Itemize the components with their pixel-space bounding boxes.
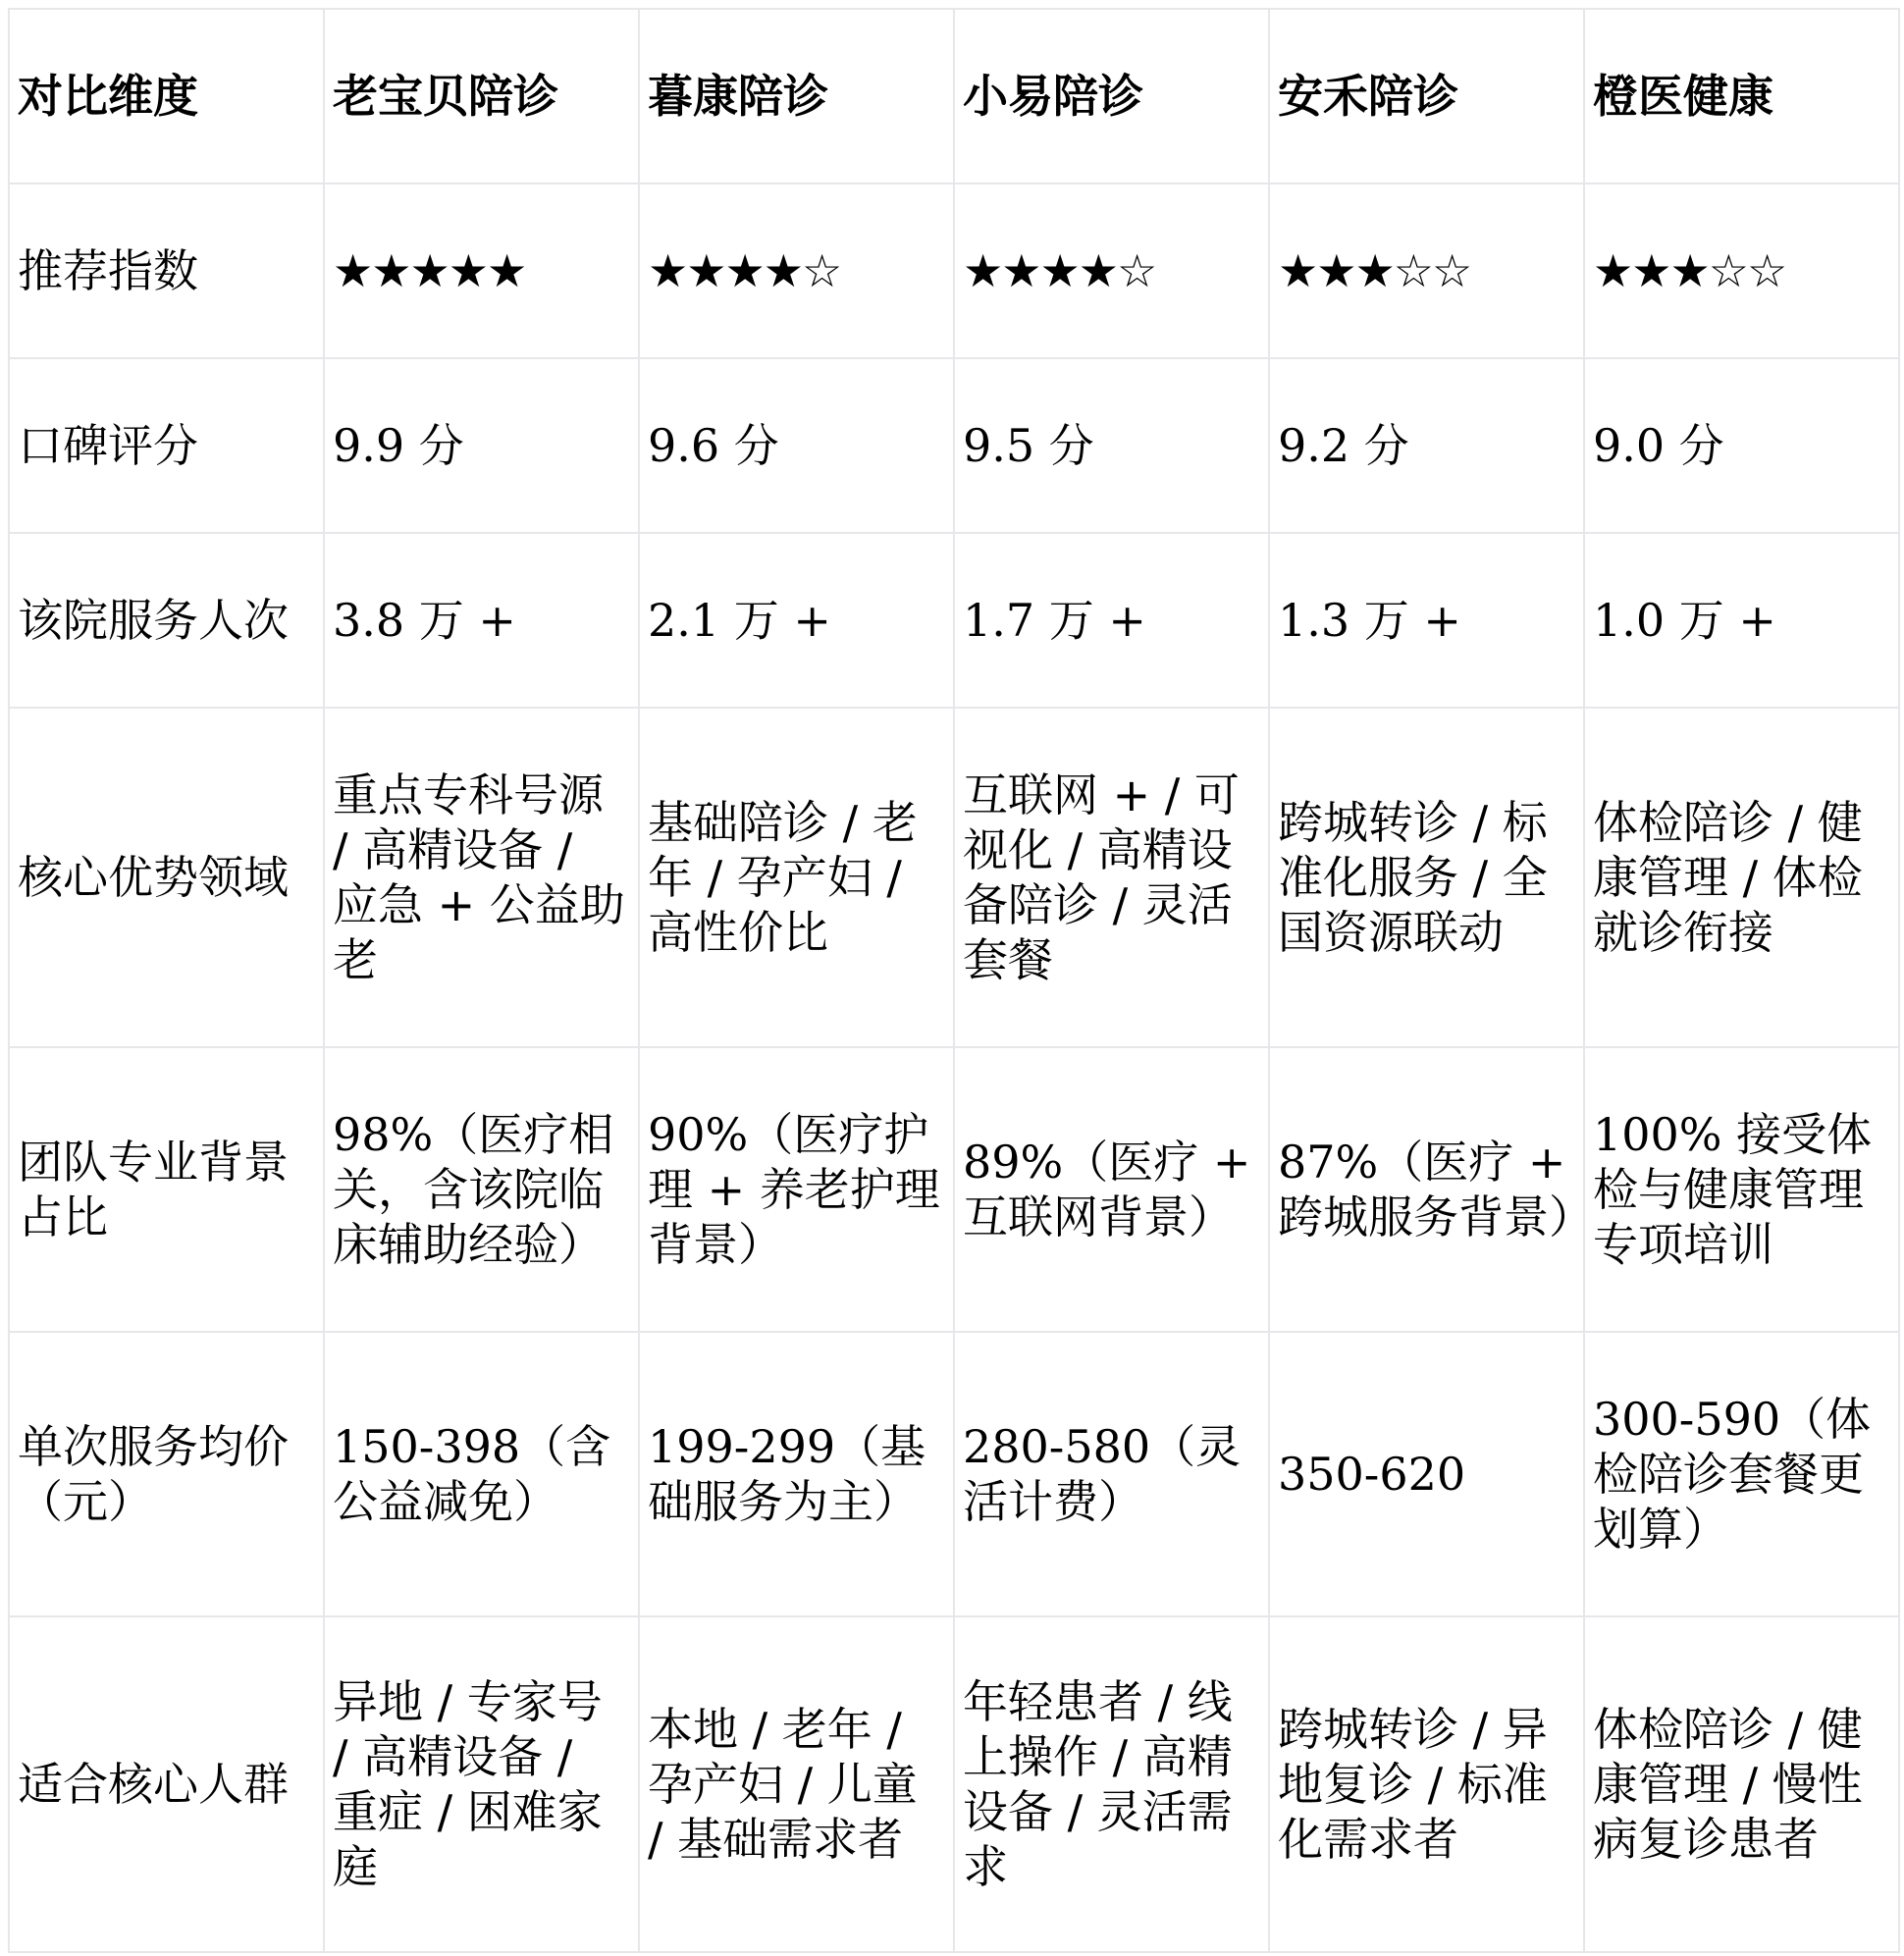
table-cell: 280-580（灵活计费） [954,1332,1269,1616]
table-cell: 150-398（含公益减免） [324,1332,639,1616]
table-row-team-background: 团队专业背景占比 98%（医疗相关，含该院临床辅助经验） 90%（医疗护理 + … [9,1047,1899,1332]
row-label: 口碑评分 [9,358,324,533]
table-row-target-users: 适合核心人群 异地 / 专家号 / 高精设备 / 重症 / 困难家庭 本地 / … [9,1616,1899,1952]
table-cell: 300-590（体检陪诊套餐更划算） [1584,1332,1899,1616]
header-dimension: 对比维度 [9,9,324,184]
header-mukang: 暮康陪诊 [639,9,954,184]
star-rating-icon: ★★★★☆ [639,184,954,358]
header-row: 对比维度 老宝贝陪诊 暮康陪诊 小易陪诊 安禾陪诊 橙医健康 [9,9,1899,184]
table-cell: 90%（医疗护理 + 养老护理背景） [639,1047,954,1332]
table-cell: 基础陪诊 / 老年 / 孕产妇 / 高性价比 [639,708,954,1047]
table-cell: 1.0 万 + [1584,533,1899,708]
row-label: 团队专业背景占比 [9,1047,324,1332]
table-cell: 9.9 分 [324,358,639,533]
table-cell: 9.6 分 [639,358,954,533]
star-rating-icon: ★★★★☆ [954,184,1269,358]
table-cell: 体检陪诊 / 健康管理 / 体检就诊衔接 [1584,708,1899,1047]
table-cell: 异地 / 专家号 / 高精设备 / 重症 / 困难家庭 [324,1616,639,1952]
table-row-rating: 推荐指数 ★★★★★ ★★★★☆ ★★★★☆ ★★★☆☆ ★★★☆☆ [9,184,1899,358]
table-cell: 9.0 分 [1584,358,1899,533]
row-label: 适合核心人群 [9,1616,324,1952]
table-row-core-advantage: 核心优势领域 重点专科号源 / 高精设备 / 应急 + 公益助老 基础陪诊 / … [9,708,1899,1047]
table-cell: 跨城转诊 / 异地复诊 / 标准化需求者 [1269,1616,1584,1952]
table-cell: 100% 接受体检与健康管理专项培训 [1584,1047,1899,1332]
star-rating-icon: ★★★☆☆ [1269,184,1584,358]
table-cell: 87%（医疗 + 跨城服务背景） [1269,1047,1584,1332]
table-cell: 跨城转诊 / 标准化服务 / 全国资源联动 [1269,708,1584,1047]
table-cell: 199-299（基础服务为主） [639,1332,954,1616]
table-cell: 体检陪诊 / 健康管理 / 慢性病复诊患者 [1584,1616,1899,1952]
table-cell: 1.3 万 + [1269,533,1584,708]
row-label: 推荐指数 [9,184,324,358]
table-cell: 3.8 万 + [324,533,639,708]
comparison-table: 对比维度 老宝贝陪诊 暮康陪诊 小易陪诊 安禾陪诊 橙医健康 推荐指数 ★★★★… [8,8,1900,1953]
table-cell: 9.5 分 [954,358,1269,533]
table-cell: 9.2 分 [1269,358,1584,533]
header-chengyi: 橙医健康 [1584,9,1899,184]
row-label: 该院服务人次 [9,533,324,708]
star-rating-icon: ★★★★★ [324,184,639,358]
table-cell: 1.7 万 + [954,533,1269,708]
header-xiaoyi: 小易陪诊 [954,9,1269,184]
table-cell: 98%（医疗相关，含该院临床辅助经验） [324,1047,639,1332]
header-anhe: 安禾陪诊 [1269,9,1584,184]
table-cell: 重点专科号源 / 高精设备 / 应急 + 公益助老 [324,708,639,1047]
table-row-price: 单次服务均价（元） 150-398（含公益减免） 199-299（基础服务为主）… [9,1332,1899,1616]
table-cell: 本地 / 老年 / 孕产妇 / 儿童 / 基础需求者 [639,1616,954,1952]
table-row-service-count: 该院服务人次 3.8 万 + 2.1 万 + 1.7 万 + 1.3 万 + 1… [9,533,1899,708]
header-laobaobei: 老宝贝陪诊 [324,9,639,184]
table-cell: 2.1 万 + [639,533,954,708]
table-cell: 89%（医疗 + 互联网背景） [954,1047,1269,1332]
row-label: 单次服务均价（元） [9,1332,324,1616]
star-rating-icon: ★★★☆☆ [1584,184,1899,358]
table-row-score: 口碑评分 9.9 分 9.6 分 9.5 分 9.2 分 9.0 分 [9,358,1899,533]
table-cell: 350-620 [1269,1332,1584,1616]
row-label: 核心优势领域 [9,708,324,1047]
table-cell: 年轻患者 / 线上操作 / 高精设备 / 灵活需求 [954,1616,1269,1952]
table-cell: 互联网 + / 可视化 / 高精设备陪诊 / 灵活套餐 [954,708,1269,1047]
